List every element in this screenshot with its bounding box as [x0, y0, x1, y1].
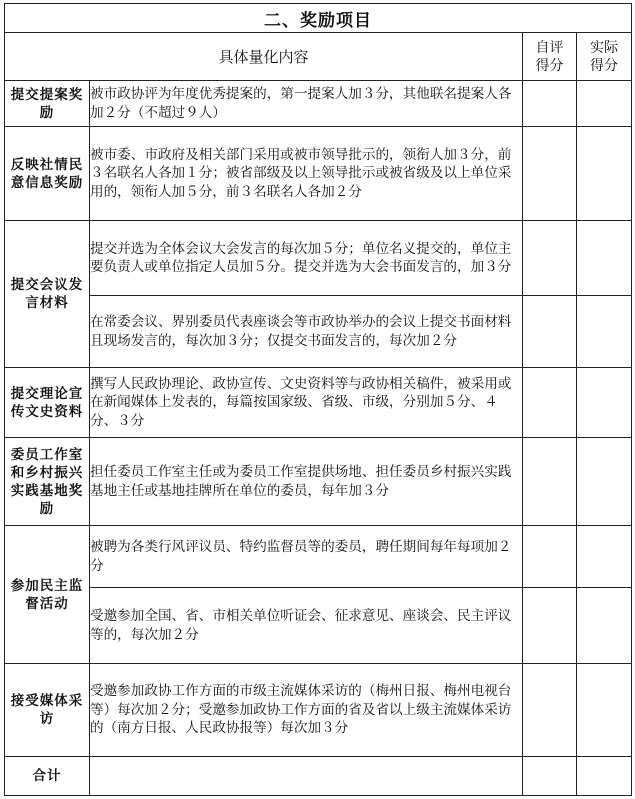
- self-score-cell[interactable]: [523, 127, 577, 221]
- table-title: 二、奖励项目: [5, 4, 632, 33]
- header-content: 具体量化内容: [5, 33, 523, 81]
- self-score-cell[interactable]: [523, 588, 577, 664]
- actual-score-cell[interactable]: [577, 296, 632, 368]
- content-cell: 提交并选为全体会议大会发言的每次加５分；单位名义提交的，单位主要负责人或单位指定…: [90, 221, 523, 296]
- total-row: 合计: [5, 757, 632, 796]
- header-actual-score-line1: 实际: [590, 40, 618, 56]
- table-row: 在常委会议、界别委员代表座谈会等市政协举办的会议上提交书面材料且现场发言的，每次…: [5, 296, 632, 368]
- category-cell: 参加民主监督活动: [5, 526, 90, 664]
- actual-score-cell[interactable]: [577, 127, 632, 221]
- actual-score-cell[interactable]: [577, 664, 632, 757]
- total-content-cell: [90, 757, 523, 796]
- table-row: 提交会议发言材料 提交并选为全体会议大会发言的每次加５分；单位名义提交的，单位主…: [5, 221, 632, 296]
- header-actual-score: 实际得分: [577, 33, 632, 81]
- actual-score-cell[interactable]: [577, 526, 632, 588]
- total-self-score-cell[interactable]: [523, 757, 577, 796]
- content-cell: 受邀参加政协工作方面的市级主流媒体采访的（梅州日报、梅州电视台等）每次加２分；受…: [90, 664, 523, 757]
- actual-score-cell[interactable]: [577, 368, 632, 438]
- table-row: 提交提案奖励 被市政协评为年度优秀提案的，第一提案人加３分，其他联名提案人各加２…: [5, 81, 632, 127]
- header-self-score-line1: 自评: [536, 40, 564, 56]
- content-cell: 受邀参加全国、省、市相关单位听证会、征求意见、座谈会、民主评议等的，每次加２分: [90, 588, 523, 664]
- category-cell: 反映社情民意信息奖励: [5, 127, 90, 221]
- content-cell: 被聘为各类行风评议员、特约监督员等的委员，聘任期间每年每项加２分: [90, 526, 523, 588]
- category-cell: 提交理论宣传文史资料: [5, 368, 90, 438]
- actual-score-cell[interactable]: [577, 588, 632, 664]
- table-row: 接受媒体采访 受邀参加政协工作方面的市级主流媒体采访的（梅州日报、梅州电视台等）…: [5, 664, 632, 757]
- content-cell: 撰写人民政协理论、政协宣传、文史资料等与政协相关稿件，被采用或在新闻媒体上发表的…: [90, 368, 523, 438]
- content-cell: 被市政协评为年度优秀提案的，第一提案人加３分，其他联名提案人各加２分（不超过９人…: [90, 81, 523, 127]
- category-cell: 提交提案奖励: [5, 81, 90, 127]
- total-actual-score-cell[interactable]: [577, 757, 632, 796]
- table-row: 参加民主监督活动 被聘为各类行风评议员、特约监督员等的委员，聘任期间每年每项加２…: [5, 526, 632, 588]
- table-row: 反映社情民意信息奖励 被市委、市政府及相关部门采用或被市领导批示的，领衔人加３分…: [5, 127, 632, 221]
- content-cell: 在常委会议、界别委员代表座谈会等市政协举办的会议上提交书面材料且现场发言的，每次…: [90, 296, 523, 368]
- category-cell: 委员工作室和乡村振兴实践基地奖励: [5, 438, 90, 526]
- content-cell: 担任委员工作室主任或为委员工作室提供场地、担任委员乡村振兴实践基地主任或基地挂牌…: [90, 438, 523, 526]
- self-score-cell[interactable]: [523, 526, 577, 588]
- self-score-cell[interactable]: [523, 81, 577, 127]
- actual-score-cell[interactable]: [577, 81, 632, 127]
- header-actual-score-line2: 得分: [590, 58, 618, 74]
- self-score-cell[interactable]: [523, 438, 577, 526]
- table-row: 受邀参加全国、省、市相关单位听证会、征求意见、座谈会、民主评议等的，每次加２分: [5, 588, 632, 664]
- category-cell: 提交会议发言材料: [5, 221, 90, 368]
- self-score-cell[interactable]: [523, 664, 577, 757]
- actual-score-cell[interactable]: [577, 438, 632, 526]
- table-row: 委员工作室和乡村振兴实践基地奖励 担任委员工作室主任或为委员工作室提供场地、担任…: [5, 438, 632, 526]
- self-score-cell[interactable]: [523, 296, 577, 368]
- actual-score-cell[interactable]: [577, 221, 632, 296]
- header-self-score-line2: 得分: [536, 58, 564, 74]
- table-row: 提交理论宣传文史资料 撰写人民政协理论、政协宣传、文史资料等与政协相关稿件，被采…: [5, 368, 632, 438]
- self-score-cell[interactable]: [523, 221, 577, 296]
- self-score-cell[interactable]: [523, 368, 577, 438]
- header-self-score: 自评得分: [523, 33, 577, 81]
- content-cell: 被市委、市政府及相关部门采用或被市领导批示的，领衔人加３分，前３名联名人各加１分…: [90, 127, 523, 221]
- award-items-table: 二、奖励项目 具体量化内容 自评得分 实际得分 提交提案奖励 被市政协评为年度优…: [4, 3, 632, 796]
- category-cell: 接受媒体采访: [5, 664, 90, 757]
- total-label: 合计: [5, 757, 90, 796]
